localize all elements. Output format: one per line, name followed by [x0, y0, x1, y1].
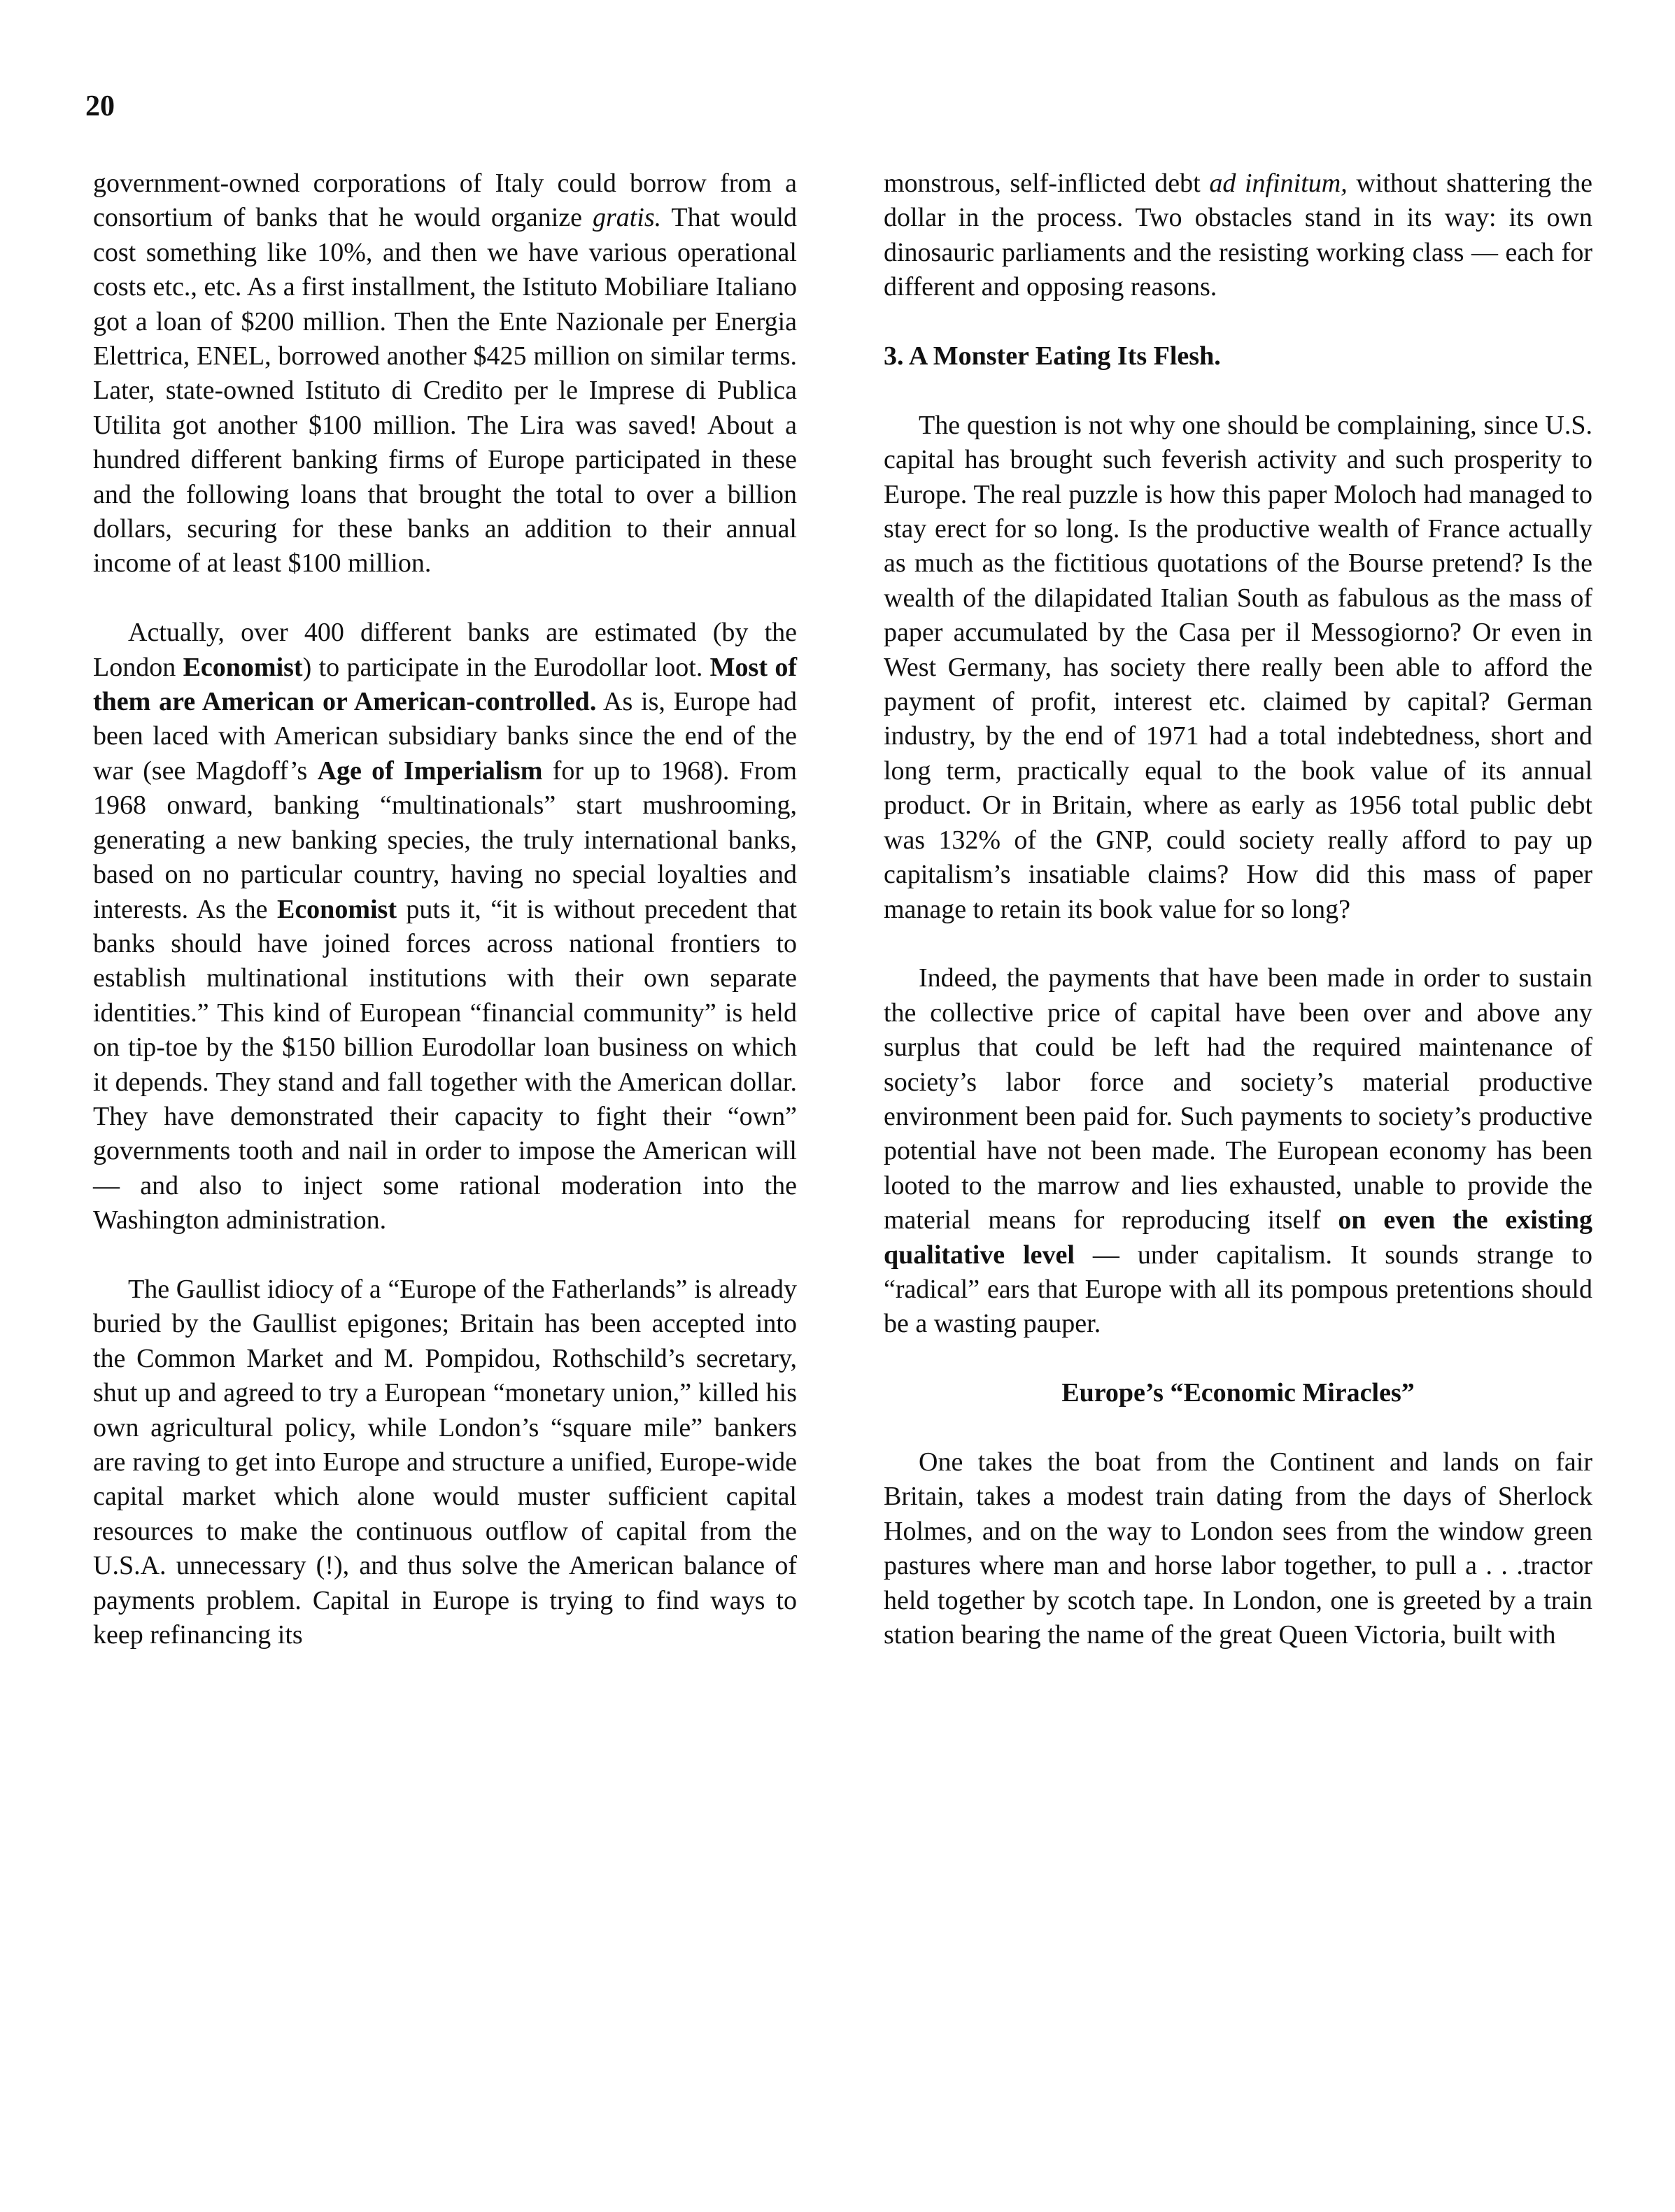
paragraph-britain-train: One takes the boat from the Continent an…	[884, 1445, 1592, 1652]
italic-term-gratis: gratis.	[593, 203, 661, 232]
paragraph-paper-moloch: The question is not why one should be co…	[884, 409, 1592, 927]
text-run: puts it, “it is without precedent that b…	[93, 895, 797, 1235]
italic-term-ad-infinitum: ad infinitum,	[1209, 169, 1347, 198]
paragraph-eurodollar-banks: Actually, over 400 different banks are e…	[93, 616, 797, 1238]
paragraph-payments: Indeed, the payments that have been made…	[884, 961, 1592, 1341]
text-run: Indeed, the payments that have been made…	[884, 963, 1592, 1235]
text-run: ) to participate in the Eurodollar loot.	[303, 653, 710, 682]
bold-term-economist: Economist	[183, 653, 303, 682]
text-run: That would cost something like 10%, and …	[93, 203, 797, 578]
section-heading-monster: 3. A Monster Eating Its Flesh.	[884, 339, 1592, 374]
right-column: monstrous, self-inflicted debt ad infini…	[884, 166, 1592, 1687]
bold-title-age-of-imperialism: Age of Imperialism	[318, 756, 543, 786]
paragraph-italian-loans: government-owned corporations of Italy c…	[93, 166, 797, 581]
bold-term-economist: Economist	[277, 895, 397, 924]
paragraph-monstrous-debt: monstrous, self-inflicted debt ad infini…	[884, 166, 1592, 305]
section-heading-economic-miracles: Europe’s “Economic Miracles”	[884, 1376, 1592, 1410]
left-column: government-owned corporations of Italy c…	[93, 166, 797, 1687]
page-number: 20	[85, 90, 115, 123]
paragraph-gaullist-idiocy: The Gaullist idiocy of a “Europe of the …	[93, 1272, 797, 1652]
text-run: monstrous, self-inflicted debt	[884, 169, 1209, 198]
